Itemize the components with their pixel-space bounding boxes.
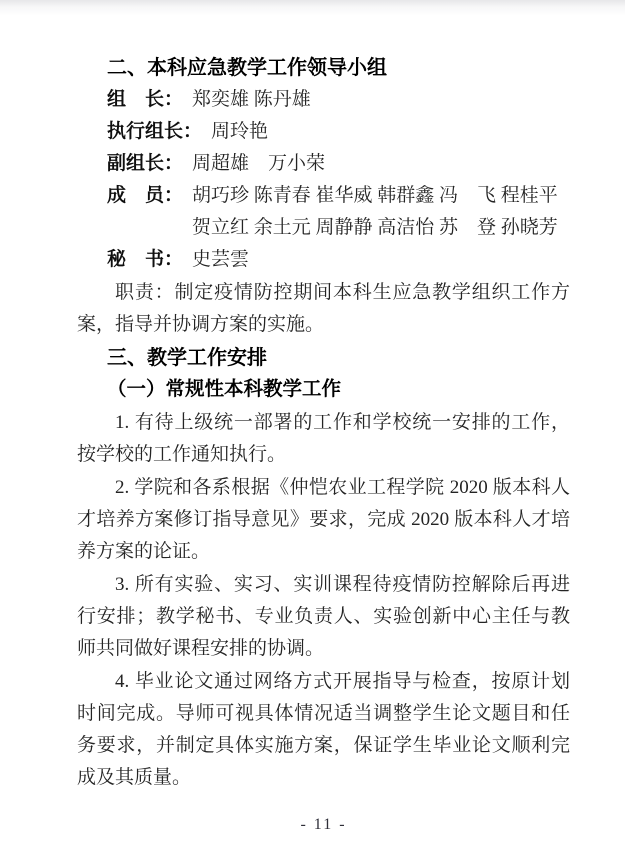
role-names: 胡巧珍 陈青春 崔华威 韩群鑫 冯 飞 程桂平 贺立红 余土元 周静静 高洁怡 … bbox=[192, 180, 558, 244]
section-leadership-heading: 二、本科应急教学工作领导小组 bbox=[107, 52, 570, 84]
role-names: 周玲艳 bbox=[211, 116, 268, 148]
teaching-paragraph-1: 1. 有待上级统一部署的工作和学校统一安排的工作，按学校的工作通知执行。 bbox=[77, 407, 570, 471]
role-names: 史芸雲 bbox=[192, 244, 249, 276]
role-row-executive-leader: 执行组长： 周玲艳 bbox=[107, 116, 570, 148]
role-label: 副组长： bbox=[107, 148, 183, 180]
teaching-paragraph-4: 4. 毕业论文通过网络方式开展指导与检查，按原计划时间完成。导师可视具体情况适当… bbox=[77, 666, 570, 794]
role-label: 组 长： bbox=[107, 84, 183, 116]
teaching-paragraph-3: 3. 所有实验、实习、实训课程待疫情防控解除后再进行安排；教学秘书、专业负责人、… bbox=[77, 569, 570, 665]
role-label: 秘 书： bbox=[107, 244, 183, 276]
role-label: 执行组长： bbox=[107, 116, 202, 148]
role-row-deputy-leader: 副组长： 周超雄 万小荣 bbox=[107, 148, 570, 180]
section-teaching-heading: 三、教学工作安排 bbox=[107, 342, 570, 374]
page-content: 二、本科应急教学工作领导小组 组 长： 郑奕雄 陈丹雄 执行组长： 周玲艳 副组… bbox=[0, 0, 625, 834]
teaching-paragraph-2: 2. 学院和各系根据《仲恺农业工程学院 2020 版本科人才培养方案修订指导意见… bbox=[77, 472, 570, 568]
page-number: - 11 - bbox=[77, 816, 570, 834]
section-teaching-subheading: （一）常规性本科教学工作 bbox=[107, 374, 570, 406]
role-names: 周超雄 万小荣 bbox=[192, 148, 325, 180]
role-row-leader: 组 长： 郑奕雄 陈丹雄 bbox=[107, 84, 570, 116]
role-names: 郑奕雄 陈丹雄 bbox=[192, 84, 311, 116]
role-label: 成 员： bbox=[107, 180, 183, 212]
duty-paragraph: 职责：制定疫情防控期间本科生应急教学组织工作方案，指导并协调方案的实施。 bbox=[77, 277, 570, 341]
document-page: 二、本科应急教学工作领导小组 组 长： 郑奕雄 陈丹雄 执行组长： 周玲艳 副组… bbox=[0, 0, 625, 856]
role-row-members: 成 员： 胡巧珍 陈青春 崔华威 韩群鑫 冯 飞 程桂平 贺立红 余土元 周静静… bbox=[107, 180, 570, 244]
role-row-secretary: 秘 书： 史芸雲 bbox=[107, 244, 570, 276]
